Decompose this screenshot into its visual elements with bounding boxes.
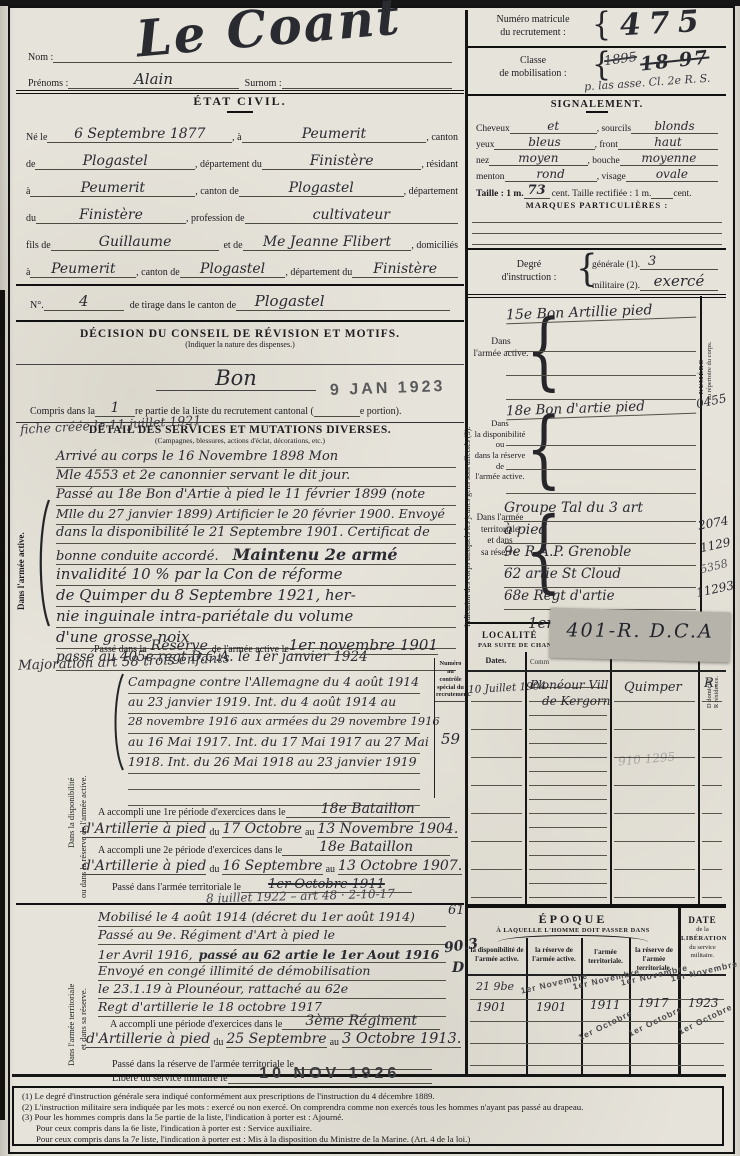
title-dash — [227, 111, 253, 113]
localites-block: LOCALITÉ PAR SUITE DE CHAN Dates. Comm 1… — [468, 624, 726, 906]
corps-terr-row: 62 artie St Cloud — [504, 566, 696, 588]
corps-block: Dans l'armée active. { 15e Bon Artillie … — [468, 296, 726, 624]
matricule-label-2: du recrutement : — [474, 26, 592, 39]
surnom-line — [282, 70, 452, 89]
opening-paren — [112, 672, 124, 772]
footer-notes: (1) Le degré d'instruction générale sera… — [12, 1086, 724, 1146]
periode3-unit: 3ème Régiment — [282, 1013, 440, 1030]
controle-value: 59 — [435, 730, 466, 748]
departement: Finistère — [36, 207, 186, 224]
margin-number-61: 61 — [448, 903, 465, 918]
degre-militaire-value: exercé — [640, 272, 718, 291]
periode3-row2: d'Artillerie à pied du 25 Septembre au 3… — [86, 1031, 456, 1048]
territorial-line: le 23.1.19 à Plounéour, rattaché au 62e — [98, 981, 446, 999]
periodes-block: A accompli une 1re période d'exercices d… — [16, 795, 464, 903]
blank-rules — [506, 328, 696, 400]
reserve-date: 1er novembre 1901 — [289, 636, 438, 655]
service-line: bonne conduite accordé. Maintenu 2e armé — [56, 544, 456, 565]
majoration-note: Majoration art 58 trois enfants — [18, 650, 230, 673]
label: , domiciliés — [411, 240, 458, 251]
prenoms-row: Prénoms : Alain Surnom : — [28, 70, 452, 89]
service-line: de Quimper du 8 Septembre 1921, her- — [56, 586, 456, 607]
sourcils-value: blonds — [631, 119, 718, 134]
label: au — [305, 827, 314, 838]
localite-commune-2: de Kergorn — [542, 694, 610, 708]
service-line: Passé au 18e Bon d'Artie à pied le 11 fé… — [56, 487, 456, 506]
decision-block: DÉCISION DU CONSEIL DE RÉVISION ET MOTIF… — [16, 322, 464, 423]
classe-crossed-value: 18 97 — [639, 46, 710, 75]
label: , département du — [195, 159, 262, 170]
cheveux-value: et — [510, 119, 597, 134]
etat-civil-title: ÉTAT CIVIL. — [16, 94, 464, 109]
label: , sourcils — [597, 124, 631, 134]
text: 1er Avril 1916, — [98, 947, 193, 962]
controle-label: Numéro au contrôle spécial du recrutemen… — [435, 658, 466, 702]
col-line — [698, 652, 700, 904]
dates-column-header: Dates. — [470, 656, 522, 666]
tirage-row: N°. 4 de tirage dans le canton de Plogas… — [30, 292, 450, 311]
tirage-label: de tirage dans le canton de — [130, 300, 236, 311]
decision-value: Bon — [156, 366, 316, 391]
label: Né le — [26, 132, 47, 143]
tirage-number: 4 — [44, 292, 124, 311]
nom-row: Nom : — [28, 44, 452, 63]
liberation-row: Libéré du service militaire le 10 NOV 19… — [112, 1065, 432, 1084]
profession: cultivateur — [245, 207, 458, 224]
name-block: Le Coant Nom : Prénoms : Alain Surnom : — [16, 10, 464, 94]
repertoire-label-2: au répertoire du corps. — [706, 342, 714, 400]
controle-special-box: Numéro au contrôle spécial du recrutemen… — [434, 658, 466, 798]
service-line: Mlle du 27 janvier 1899) Artificier le 2… — [56, 506, 456, 525]
margin-letter-d: D — [452, 960, 464, 976]
blank — [314, 398, 360, 417]
departement: Finistère — [262, 153, 421, 170]
footnote-1: (1) Le degré d'instruction générale sera… — [22, 1091, 714, 1102]
passe-reserve-row: Passé dans la Réserve de l'armée active … — [94, 636, 438, 655]
territorial-line: Passé au 9e. Régiment d'Art à pied le — [98, 927, 446, 945]
periode1-unit: 18e Bataillon — [286, 801, 450, 818]
bouche-value: moyenne — [620, 151, 718, 166]
signalement-row: yeuxbleus, fronthaut — [476, 134, 718, 150]
degre-block: Degré d'instruction : { générale (1). 3 … — [468, 250, 726, 298]
label: au — [330, 1037, 339, 1048]
epoque-col1-value-a: 21 9be — [476, 980, 514, 993]
repertoire-label-1: NUMÉRO — [698, 359, 706, 395]
label: fils de — [26, 240, 51, 251]
militaire-row: militaire (2). exercé — [592, 272, 718, 291]
label: et de — [223, 240, 242, 251]
liberation-stamp: 10 NOV 1926 — [228, 1065, 432, 1084]
decision-title: DÉCISION DU CONSEIL DE RÉVISION ET MOTIF… — [16, 328, 464, 340]
residence: Peumerit — [30, 180, 195, 197]
label: Cheveux — [476, 124, 510, 134]
canton: Plogastel — [239, 180, 404, 197]
label: militaire (2). — [592, 281, 640, 291]
menton-value: rond — [505, 167, 597, 182]
periode1-row2: d'Artillerie à pied du 17 Octobre au 13 … — [82, 821, 450, 838]
side-label-armee-active: Dans l'armée active. — [16, 532, 26, 610]
label: du — [213, 1037, 223, 1048]
signalement-title: SIGNALEMENT. — [468, 99, 726, 110]
footnote-2: (2) L'instruction militaire sera indiqué… — [22, 1102, 714, 1113]
repertoire-number: 5358 — [699, 557, 729, 576]
label: , profession de — [186, 213, 245, 224]
etat-civil-block: ÉTAT CIVIL. Né le6 Septembre 1877, àPeum… — [16, 94, 464, 286]
label: A accompli une période d'exercices dans … — [110, 1019, 282, 1030]
label: Compris dans la — [30, 406, 95, 417]
periode1-unit2: d'Artillerie à pied — [82, 821, 206, 838]
surnom-label: Surnom : — [245, 78, 282, 89]
classe-label-2: de mobilisation : — [474, 67, 592, 80]
label: A accompli une 1re période d'exercices d… — [98, 807, 286, 818]
footnote-3: (3) Pour les hommes compris dans la 5e p… — [22, 1112, 714, 1123]
side-label-indication-corps: Indication des corps auxquels les jeunes… — [463, 427, 472, 627]
signalement-row: Cheveuxet, sourcilsblonds — [476, 118, 718, 134]
marques-blank-rules — [472, 212, 722, 245]
localite-commune-1: Plonéour Vill — [530, 678, 608, 692]
periode2-start: 16 Septembre — [222, 858, 322, 875]
signalement-block: SIGNALEMENT. Cheveuxet, sourcilsblonds y… — [468, 96, 726, 250]
corps-terr-row: 9e R.A.P. Grenoble — [504, 544, 696, 566]
tirage-canton: Plogastel — [236, 292, 343, 311]
epoque-col1-header: la disponibilité de l'armée active. — [469, 946, 525, 964]
brace: { — [592, 9, 611, 42]
corps-terr-row: 68e Regt d'artie — [504, 588, 696, 610]
label: cent. Taille rectifiée : 1 m. — [552, 189, 652, 199]
dates-rules — [471, 674, 522, 898]
localite-subdivision: Quimper — [624, 680, 682, 695]
etat-line: àPeumerit, canton dePlogastel, départeme… — [26, 251, 458, 278]
nom-label: Nom : — [28, 52, 53, 63]
services-block: DÉTAIL DES SERVICES ET MUTATIONS DIVERSE… — [16, 424, 464, 630]
periode3-unit2: d'Artillerie à pied — [86, 1031, 210, 1048]
date-header-4: du service — [681, 944, 724, 953]
liste-partie: 1 — [95, 400, 135, 417]
epoque-col2-header: la réserve de l'armée active. — [528, 946, 580, 964]
label: du — [26, 213, 36, 224]
label: , canton de — [195, 186, 239, 197]
label: yeux — [476, 140, 494, 150]
classe-block: Classe de mobilisation : { 1895 18 97 p.… — [468, 48, 726, 96]
service-text: bonne conduite accordé. — [56, 549, 219, 564]
label: menton — [476, 172, 505, 182]
blank-rules — [506, 422, 696, 494]
epoque-title: ÉPOQUE — [468, 912, 678, 927]
side-label-territoriale-2: et dans sa réserve. — [78, 988, 88, 1050]
marques-label: MARQUES PARTICULIÈRES : — [468, 200, 726, 210]
generale-row: générale (1). 3 — [592, 254, 718, 270]
epoque-col3-value: 1911 — [590, 998, 621, 1012]
tirage-block: N°. 4 de tirage dans le canton de Plogas… — [16, 288, 464, 322]
label: du — [209, 864, 219, 875]
services-title: DÉTAIL DES SERVICES ET MUTATIONS DIVERSE… — [16, 424, 464, 436]
label: , à — [232, 132, 241, 143]
label: nez — [476, 156, 489, 166]
matricule-label-1: Numéro matricule — [474, 13, 592, 26]
corps-terr-row: à pied — [504, 522, 696, 544]
label: générale (1). — [592, 260, 640, 270]
periode3-end: 3 Octobre 1913. — [342, 1031, 461, 1048]
etat-line: Né le6 Septembre 1877, àPeumerit, canton — [26, 116, 458, 143]
label: au — [326, 864, 335, 875]
periode2-unit: 18e Bataillon — [282, 839, 450, 856]
periode2-unit2: d'Artillerie à pied — [82, 858, 206, 875]
canton: Plogastel — [35, 153, 194, 170]
degre-generale-value: 3 — [640, 254, 718, 270]
campagne-line: 28 novembre 1916 aux armées du 29 novemb… — [128, 714, 420, 734]
periode1-row1: A accompli une 1re période d'exercices d… — [98, 801, 450, 818]
date-header-3: LIBÉRATION — [681, 935, 724, 944]
opening-paren — [36, 498, 50, 628]
campagne-line: 1918. Int. du 26 Mai 1918 au 23 janvier … — [128, 754, 420, 774]
yeux-value: bleus — [494, 135, 594, 150]
services-subtitle: (Campagnes, blessures, actions d'éclat, … — [16, 436, 464, 445]
label: , département — [404, 186, 458, 197]
etat-line: àPeumerit, canton dePlogastel, départeme… — [26, 170, 458, 197]
prenoms-label: Prénoms : — [28, 78, 68, 89]
campagne-line: au 16 Mai 1917. Int. du 17 Mai 1917 au 2… — [128, 734, 420, 754]
label: , canton — [426, 132, 458, 143]
front-value: haut — [618, 135, 718, 150]
subdiv-rules — [614, 674, 695, 898]
label: , front — [595, 140, 618, 150]
label: , département du — [285, 267, 352, 278]
campagne-line: Campagne contre l'Allemagne du 4 août 19… — [128, 674, 420, 694]
label: cent. — [673, 189, 691, 199]
campagne-line: au 23 janvier 1919. Int. du 4 août 1914 … — [128, 694, 420, 714]
epoque-subtitle: À LAQUELLE L'HOMME DOIT PASSER DANS — [468, 927, 678, 934]
periode3-row1: A accompli une période d'exercices dans … — [110, 1013, 440, 1030]
localites-header-1: LOCALITÉ — [482, 630, 538, 640]
label: A accompli une 2e période d'exercices da… — [98, 845, 282, 856]
prenoms-value: Alain — [68, 70, 238, 89]
label: de — [26, 159, 35, 170]
visage-value: ovale — [626, 167, 718, 182]
mobilise-line: Mobilisé le 4 août 1914 (décret du 1er a… — [98, 909, 446, 927]
blank-line — [343, 292, 450, 311]
periode3-start: 25 Septembre — [226, 1031, 326, 1048]
signalement-row: nezmoyen, bouchemoyenne — [476, 150, 718, 166]
periode1-end: 13 Novembre 1904. — [317, 821, 458, 838]
classe-crossed-old: 1895 — [603, 50, 638, 69]
nez-value: moyen — [489, 151, 587, 166]
binding-strip — [0, 290, 5, 1120]
compris-row: Compris dans la 1 re partie de la liste … — [30, 398, 450, 417]
service-text-emphasis: Maintenu 2e armé — [233, 545, 398, 564]
periode2-row1: A accompli une 2e période d'exercices da… — [98, 839, 450, 856]
over-brace — [498, 935, 648, 942]
taille-row: Taille : 1 m.73cent. Taille rectifiée : … — [476, 182, 718, 199]
label: du — [209, 827, 219, 838]
header-rule — [468, 670, 726, 672]
label: e portion). — [360, 406, 402, 417]
label: , résidant — [421, 159, 458, 170]
matricule-value: 475 — [619, 4, 707, 43]
service-line: invalidité 10 % par la Con de réforme — [56, 565, 456, 586]
localites-header-2: PAR SUITE DE CHAN — [478, 642, 552, 650]
service-line: nie inguinale intra-pariétale du volume — [56, 607, 456, 628]
label: Libéré du service militaire le — [112, 1073, 228, 1084]
label: Taille : 1 m. — [476, 189, 524, 199]
slip-text: 401-R. D.C.A — [550, 619, 730, 643]
rule — [16, 364, 464, 365]
footnote-5: Pour ceux compris dans la 7e liste, l'in… — [22, 1134, 714, 1145]
service-line: Arrivé au corps le 16 Novembre 1898 Mon — [56, 449, 456, 468]
etat-line: dePlogastel, département duFinistère, ré… — [26, 143, 458, 170]
nom-line — [53, 44, 452, 63]
domicile-residence-label-2: R résidence. — [713, 676, 721, 708]
label: , visage — [597, 172, 626, 182]
epoque-block: ÉPOQUE À LAQUELLE L'HOMME DOIT PASSER DA… — [468, 906, 726, 1076]
periode2-end: 13 Octobre 1907. — [338, 858, 462, 875]
taille-value: 73 — [524, 183, 550, 199]
service-line: Mle 4553 et 2e canonnier servant le dit … — [56, 468, 456, 487]
matricule-block: Numéro matricule du recrutement : { 475 — [468, 10, 726, 48]
date-header-5: militaire. — [681, 952, 724, 961]
degre-label-2: d'instruction : — [484, 271, 574, 284]
col-line — [610, 652, 612, 904]
date-header-2: de la — [681, 926, 724, 935]
epoque-col4-value: 1917 — [638, 996, 669, 1010]
birth-date: 6 Septembre 1877 — [47, 126, 232, 143]
military-register-sheet: Le Coant Nom : Prénoms : Alain Surnom : … — [0, 0, 740, 1156]
territorial-line: 1er Avril 1916, passé au 62 artie le 1er… — [98, 945, 446, 963]
title-dash — [586, 111, 608, 113]
date-header-1: DATE — [681, 914, 724, 926]
text-overwritten: passé au 62 artie le 1er Aout 1916 — [199, 947, 440, 962]
domicile: Peumerit — [30, 261, 136, 278]
territorial-line: Envoyé en congé illimité de démobilisati… — [98, 963, 446, 981]
footnote-4: Pour ceux compris dans la 6e liste, l'in… — [22, 1123, 714, 1134]
canton: Plogastel — [180, 261, 286, 278]
departement: Finistère — [352, 261, 458, 278]
classe-label-1: Classe — [474, 54, 592, 67]
epoque-col2-value: 1901 — [536, 1000, 567, 1014]
pasted-slip: 401-R. D.C.A — [549, 608, 730, 663]
label: , bouche — [588, 156, 620, 166]
etat-line: fils deGuillaumeet deMe Jeanne Flibert, … — [26, 224, 458, 251]
repertoire-number: 2074 — [697, 513, 730, 532]
father-name: Guillaume — [51, 234, 220, 251]
service-line: dans la disponibilité le 21 Septembre 19… — [56, 525, 456, 544]
periode2-row2: d'Artillerie à pied du 16 Septembre au 1… — [82, 858, 450, 875]
corps-terr-row: Groupe Tal du 3 art — [504, 500, 696, 522]
decision-subtitle: (Indiquer la nature des dispenses.) — [16, 340, 464, 349]
birth-place: Peumerit — [242, 126, 427, 143]
periode1-start: 17 Octobre — [222, 821, 302, 838]
side-label-territoriale-1: Dans l'armée territoriale — [66, 984, 76, 1066]
numero-label: N°. — [30, 300, 44, 311]
degre-label-1: Degré — [484, 258, 574, 271]
reserve-block: Passé dans la Réserve de l'armée active … — [16, 632, 464, 795]
blank — [651, 188, 673, 199]
epoque-col1-value-b: 1901 — [476, 1000, 507, 1014]
mother-name: Me Jeanne Flibert — [243, 234, 412, 251]
epoque-col3-header: l'armée territoriale. — [583, 948, 628, 966]
signalement-row: mentonrond, visageovale — [476, 166, 718, 182]
etat-line: duFinistère, profession decultivateur — [26, 197, 458, 224]
commune-column-header: Comm — [530, 658, 549, 667]
label: , canton de — [136, 267, 180, 278]
